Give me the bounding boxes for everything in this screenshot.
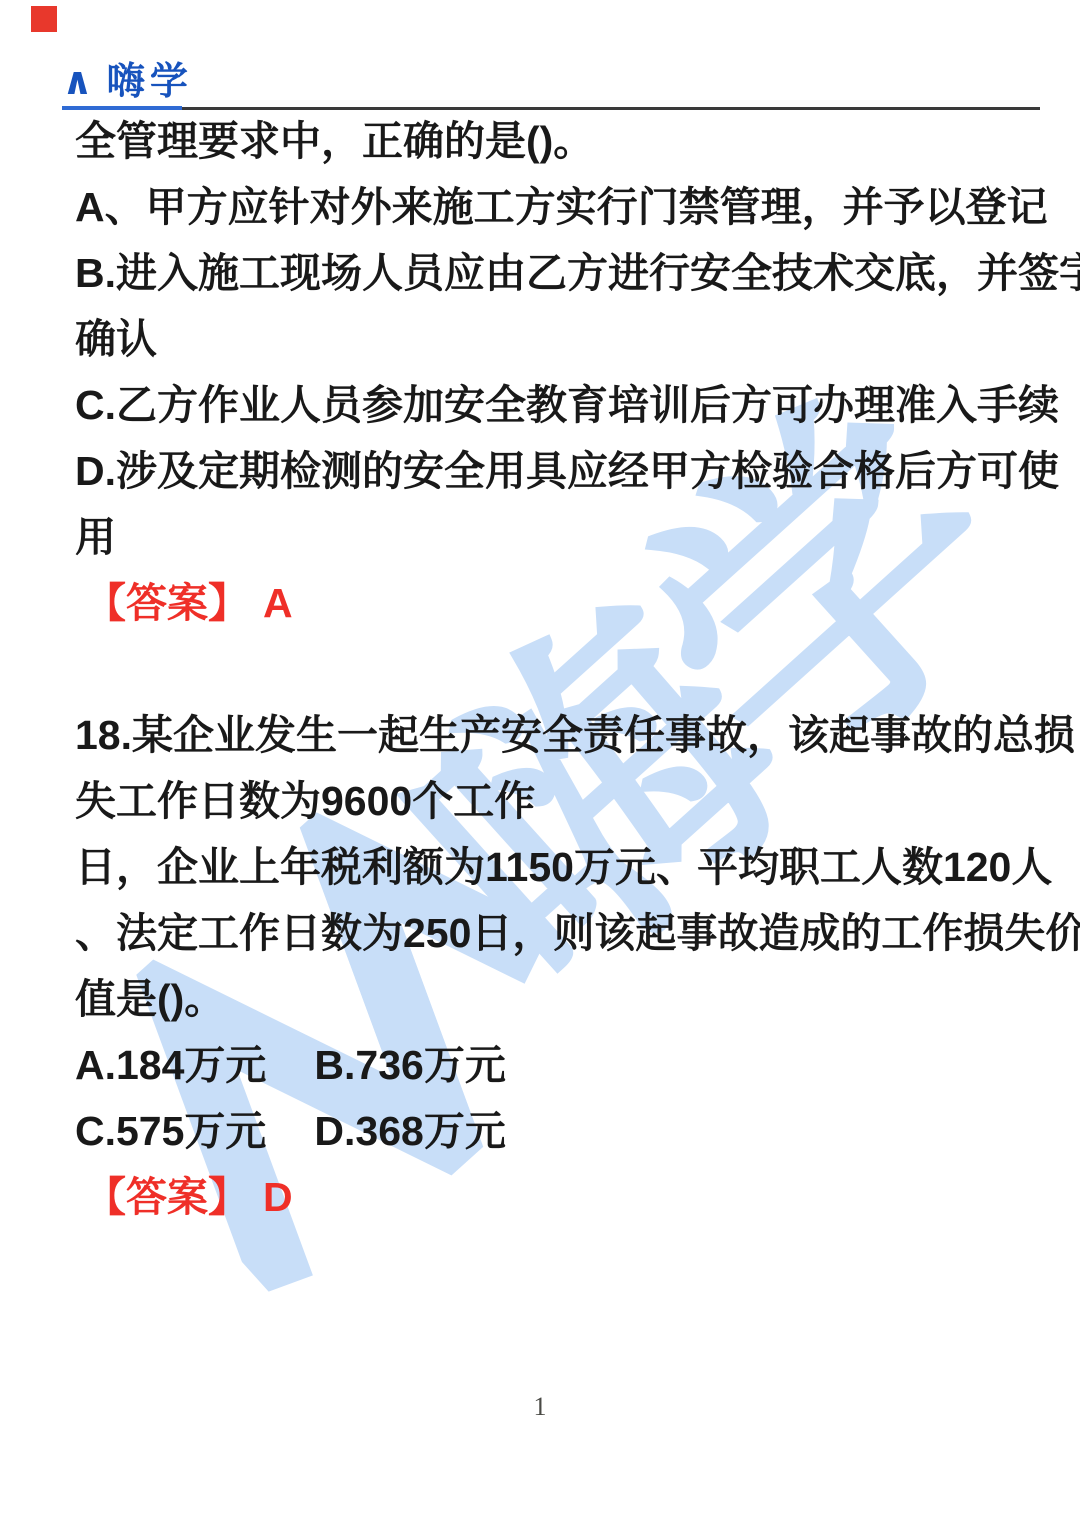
question-stem-line: 全管理要求中，正确的是()。 [75,108,1080,174]
red-corner-marker [31,6,57,32]
brand-caret-icon: ∧ [62,62,98,104]
options-row-cd: C.575万元 D.368万元 [75,1098,1080,1164]
blank-line [75,636,1080,702]
page-number: 1 [0,1392,1080,1422]
option-b-line: B.进入施工现场人员应由乙方进行安全技术交底，并签字 [75,240,1080,306]
option-b-value: B.736万元 [314,1032,505,1098]
question-18-stem-line-2: 失工作日数为9600个工作 [75,768,1080,834]
answer-label: 【答案】 [85,1164,249,1230]
question-18-stem-line-1: 18.某企业发生一起生产安全责任事故，该起事故的总损 [75,702,1080,768]
option-d-continuation-line: 用 [75,504,1080,570]
option-a-line: A、甲方应针对外来施工方实行门禁管理，并予以登记 [75,174,1080,240]
document-body: 全管理要求中，正确的是()。 A、甲方应针对外来施工方实行门禁管理，并予以登记 … [75,108,1080,1230]
document-page: ∧嗨学 嗨学 全管理要求中，正确的是()。 A、甲方应针对外来施工方实行门禁管理… [0,0,1080,1524]
option-c-value: C.575万元 [75,1098,266,1164]
header-rule-blue-segment [62,106,182,110]
answer-value: D [263,1164,293,1230]
question-18-stem-line-3: 日，企业上年税利额为1150万元、平均职工人数120人 [75,834,1080,900]
options-row-ab: A.184万元 B.736万元 [75,1032,1080,1098]
answer-value: A [263,570,293,636]
answer-line-q17: 【答案】 A [75,570,1080,636]
option-d-line: D.涉及定期检测的安全用具应经甲方检验合格后方可使 [75,438,1080,504]
option-b-continuation-line: 确认 [75,306,1080,372]
option-d-value: D.368万元 [314,1098,505,1164]
option-c-line: C.乙方作业人员参加安全教育培训后方可办理准入手续 [75,372,1080,438]
brand-logo-text: 嗨学 [107,62,193,104]
question-18-stem-line-5: 值是()。 [75,966,1080,1032]
header-rule-dark-segment [182,107,1040,110]
option-a-value: A.184万元 [75,1032,266,1098]
answer-line-q18: 【答案】 D [75,1164,1080,1230]
answer-label: 【答案】 [85,570,249,636]
brand-logo: ∧嗨学 [62,62,193,104]
question-18-stem-line-4: 、法定工作日数为250日，则该起事故造成的工作损失价 [75,900,1080,966]
